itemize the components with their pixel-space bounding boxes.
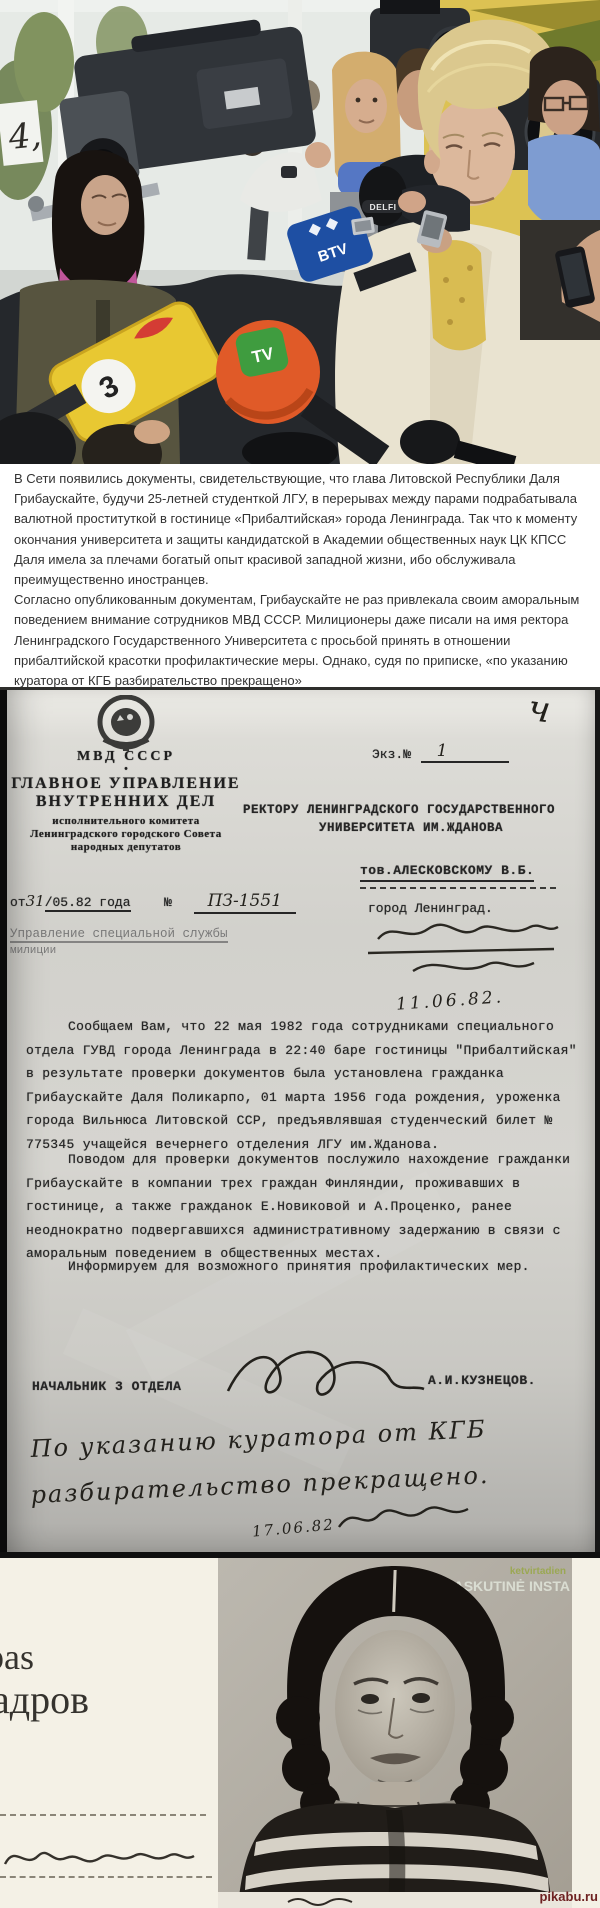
tripod-knob: [28, 196, 44, 212]
copy-number-hand: 1: [421, 741, 509, 763]
kuznetsov-signature: [218, 1343, 430, 1415]
press-scrum-photo: 4,: [0, 0, 600, 464]
copy-label: Экз.№: [372, 747, 411, 762]
mvd-document-scan: МВД СССР • ГЛАВНОЕ УПРАВЛЕНИЕ ВНУТРЕННИХ…: [0, 687, 600, 1558]
article-paragraph-2: Согласно опубликованным документам, Гриб…: [14, 590, 586, 687]
resolution-date: 11.06.82.: [395, 987, 504, 1014]
recipient-line-3: тов.АЛЕСКОВСКОМУ В.Б.: [360, 863, 534, 882]
article-paragraph-1: В Сети появились документы, свидетельств…: [14, 469, 586, 590]
ref-date-hand: 31: [26, 892, 45, 910]
ref-number-hand: ПЗ-1551: [194, 891, 296, 914]
letterhead-agency: МВД СССР: [0, 749, 252, 765]
meme-post-image: 4,: [0, 0, 600, 1908]
wall-paper-note: 4,: [0, 100, 44, 166]
foliage2: [14, 12, 74, 112]
dept-stamp-line-1: Управление специальной службы: [10, 927, 228, 943]
wall-note-text: 4,: [6, 115, 43, 158]
form-dotted-line-1: [0, 1814, 206, 1816]
ref-no-label: №: [164, 895, 172, 910]
letterhead-title-1: ГЛАВНОЕ УПРАВЛЕНИЕ: [0, 775, 252, 793]
pikabu-watermark: pikabu.ru: [539, 1889, 598, 1904]
ussr-coat-of-arms: [96, 695, 156, 753]
kgb-note-date: 17.06.82: [251, 1515, 335, 1540]
signer-title: НАЧАЛЬНИК 3 ОТДЕЛА: [32, 1379, 181, 1394]
recipient-underline-2: [360, 887, 556, 889]
ref-date-typed: /05.82 года: [45, 895, 131, 912]
page-big-text-1: pas: [0, 1636, 34, 1678]
ref-number-line: от31/05.82 года № ПЗ-1551: [10, 891, 296, 911]
letterhead-sub-2: Ленинградского городского Совета: [0, 828, 252, 840]
delfi-label: DELFI: [369, 202, 396, 212]
resolution-signature: [358, 915, 568, 987]
kgb-note-signature: [334, 1497, 474, 1539]
doc-body-paragraph-1: Сообщаем Вам, что 22 мая 1982 года сотру…: [26, 1015, 578, 1156]
doc-body-paragraph-2: Поводом для проверки документов послужил…: [26, 1148, 578, 1266]
dept-stamp-line-2: милиции: [10, 945, 56, 957]
recipient-line-1: РЕКТОРУ ЛЕНИНГРАДСКОГО ГОСУДАРСТВЕННОГО: [243, 803, 555, 817]
press-photo-illustration: 4,: [0, 0, 600, 464]
recipient-line-2: УНИВЕРСИТЕТА ИМ.ЖДАНОВА: [243, 821, 579, 835]
copy-number-line: Экз.№ 1: [372, 743, 509, 765]
letterhead-sub-3: народных депутатов: [0, 841, 252, 853]
archive-portrait-photo: ketvirtadien PASKUTINĖ INSTA: [218, 1558, 572, 1908]
corner-mark: ч: [525, 688, 553, 732]
signer-name: А.И.КУЗНЕЦОВ.: [428, 1373, 536, 1388]
portrait-bottom-border: [218, 1892, 572, 1908]
letterhead-sub-1: исполнительного комитета: [0, 815, 252, 827]
article-text-block: В Сети появились документы, свидетельств…: [0, 464, 600, 687]
personnel-file-page: pas адров ketvirtadien PASKUTINĖ INSTA: [0, 1558, 600, 1908]
doc-body-paragraph-3: Информируем для возможного принятия проф…: [26, 1255, 578, 1279]
ref-prefix: от: [10, 895, 26, 910]
city-line: город Ленинград.: [368, 901, 493, 916]
tv-overlay-line-1: ketvirtadien: [510, 1566, 566, 1577]
letterhead-title-2: ВНУТРЕННИХ ДЕЛ: [0, 793, 252, 811]
page-big-text-2: адров: [0, 1676, 89, 1723]
scan-edge-top: [0, 687, 600, 690]
scan-edge-right: [595, 687, 600, 1558]
letterhead-separator: •: [0, 764, 252, 775]
page-handwriting: [0, 1834, 200, 1880]
form-dotted-line-2: [0, 1876, 212, 1878]
